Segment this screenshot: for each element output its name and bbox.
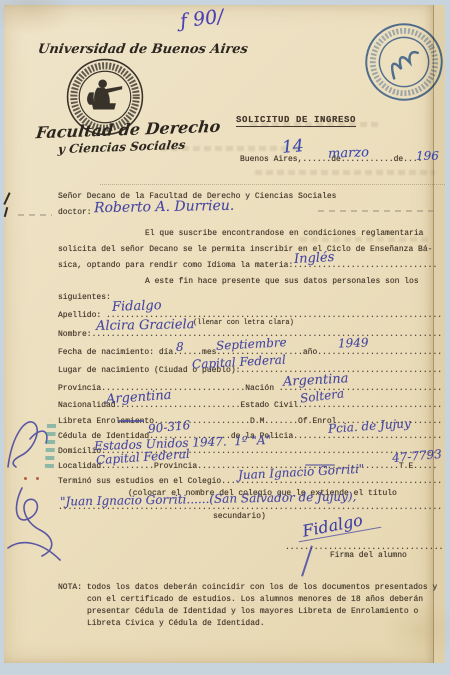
fecha-dia-handwritten: 8 [176,340,184,354]
body-paragraph-line5: siguientes: [58,293,111,302]
body-paragraph-line2: solicita del señor Decano se le permita … [58,245,432,254]
pencil-dashes [18,214,52,216]
date-day-handwritten: 14 [281,136,304,158]
pencil-dashes [318,210,436,212]
date-year-handwritten: 196 [416,149,439,163]
body-paragraph-line3: sica, optando para rendir como Idioma la… [58,261,437,270]
doctor-label: doctor: [58,208,92,217]
colegio-hint-line2: secundario) [213,512,266,521]
ink-dash [118,420,144,422]
dotted-rule [100,183,445,185]
margin-scribble-icon [2,478,67,563]
note-line3: presentar Cédula de Identidad y los mayo… [87,607,418,616]
ghost-text [255,170,435,175]
signature-label: Firma del alumno [330,551,407,560]
note-line4: Libreta Cívica y Cédula de Identidad. [87,619,265,628]
scanned-document: ƒ 90/ Universidad de Buenos Aires Facult… [0,0,450,675]
body-paragraph-line1: El que suscribe encontrandose en condici… [145,229,423,238]
idioma-value-handwritten: Inglés [294,250,335,267]
date-month-handwritten: marzo [328,145,369,161]
note-line1: NOTA: todos los datos deberán coincidir … [58,583,437,592]
body-paragraph-line4: A este fin hace presente que sus datos p… [145,277,419,286]
note-line2: con el certificado de estudios. Los alum… [87,595,423,604]
university-name: Universidad de Buenos Aires [37,42,249,57]
letra-clara-hint: (llenar con letra clara) [193,319,294,328]
doctor-name-handwritten: Roberto A. Durrieu. [94,198,235,216]
colegio-dots-line: ........................................… [58,503,442,512]
apellido-value-handwritten: Fidalgo [112,298,162,315]
nombre-value-handwritten: Alcira Graciela [96,317,195,334]
fecha-ano-handwritten: 1949 [338,335,369,350]
document-title: SOLICITUD DE INGRESO [236,116,356,127]
